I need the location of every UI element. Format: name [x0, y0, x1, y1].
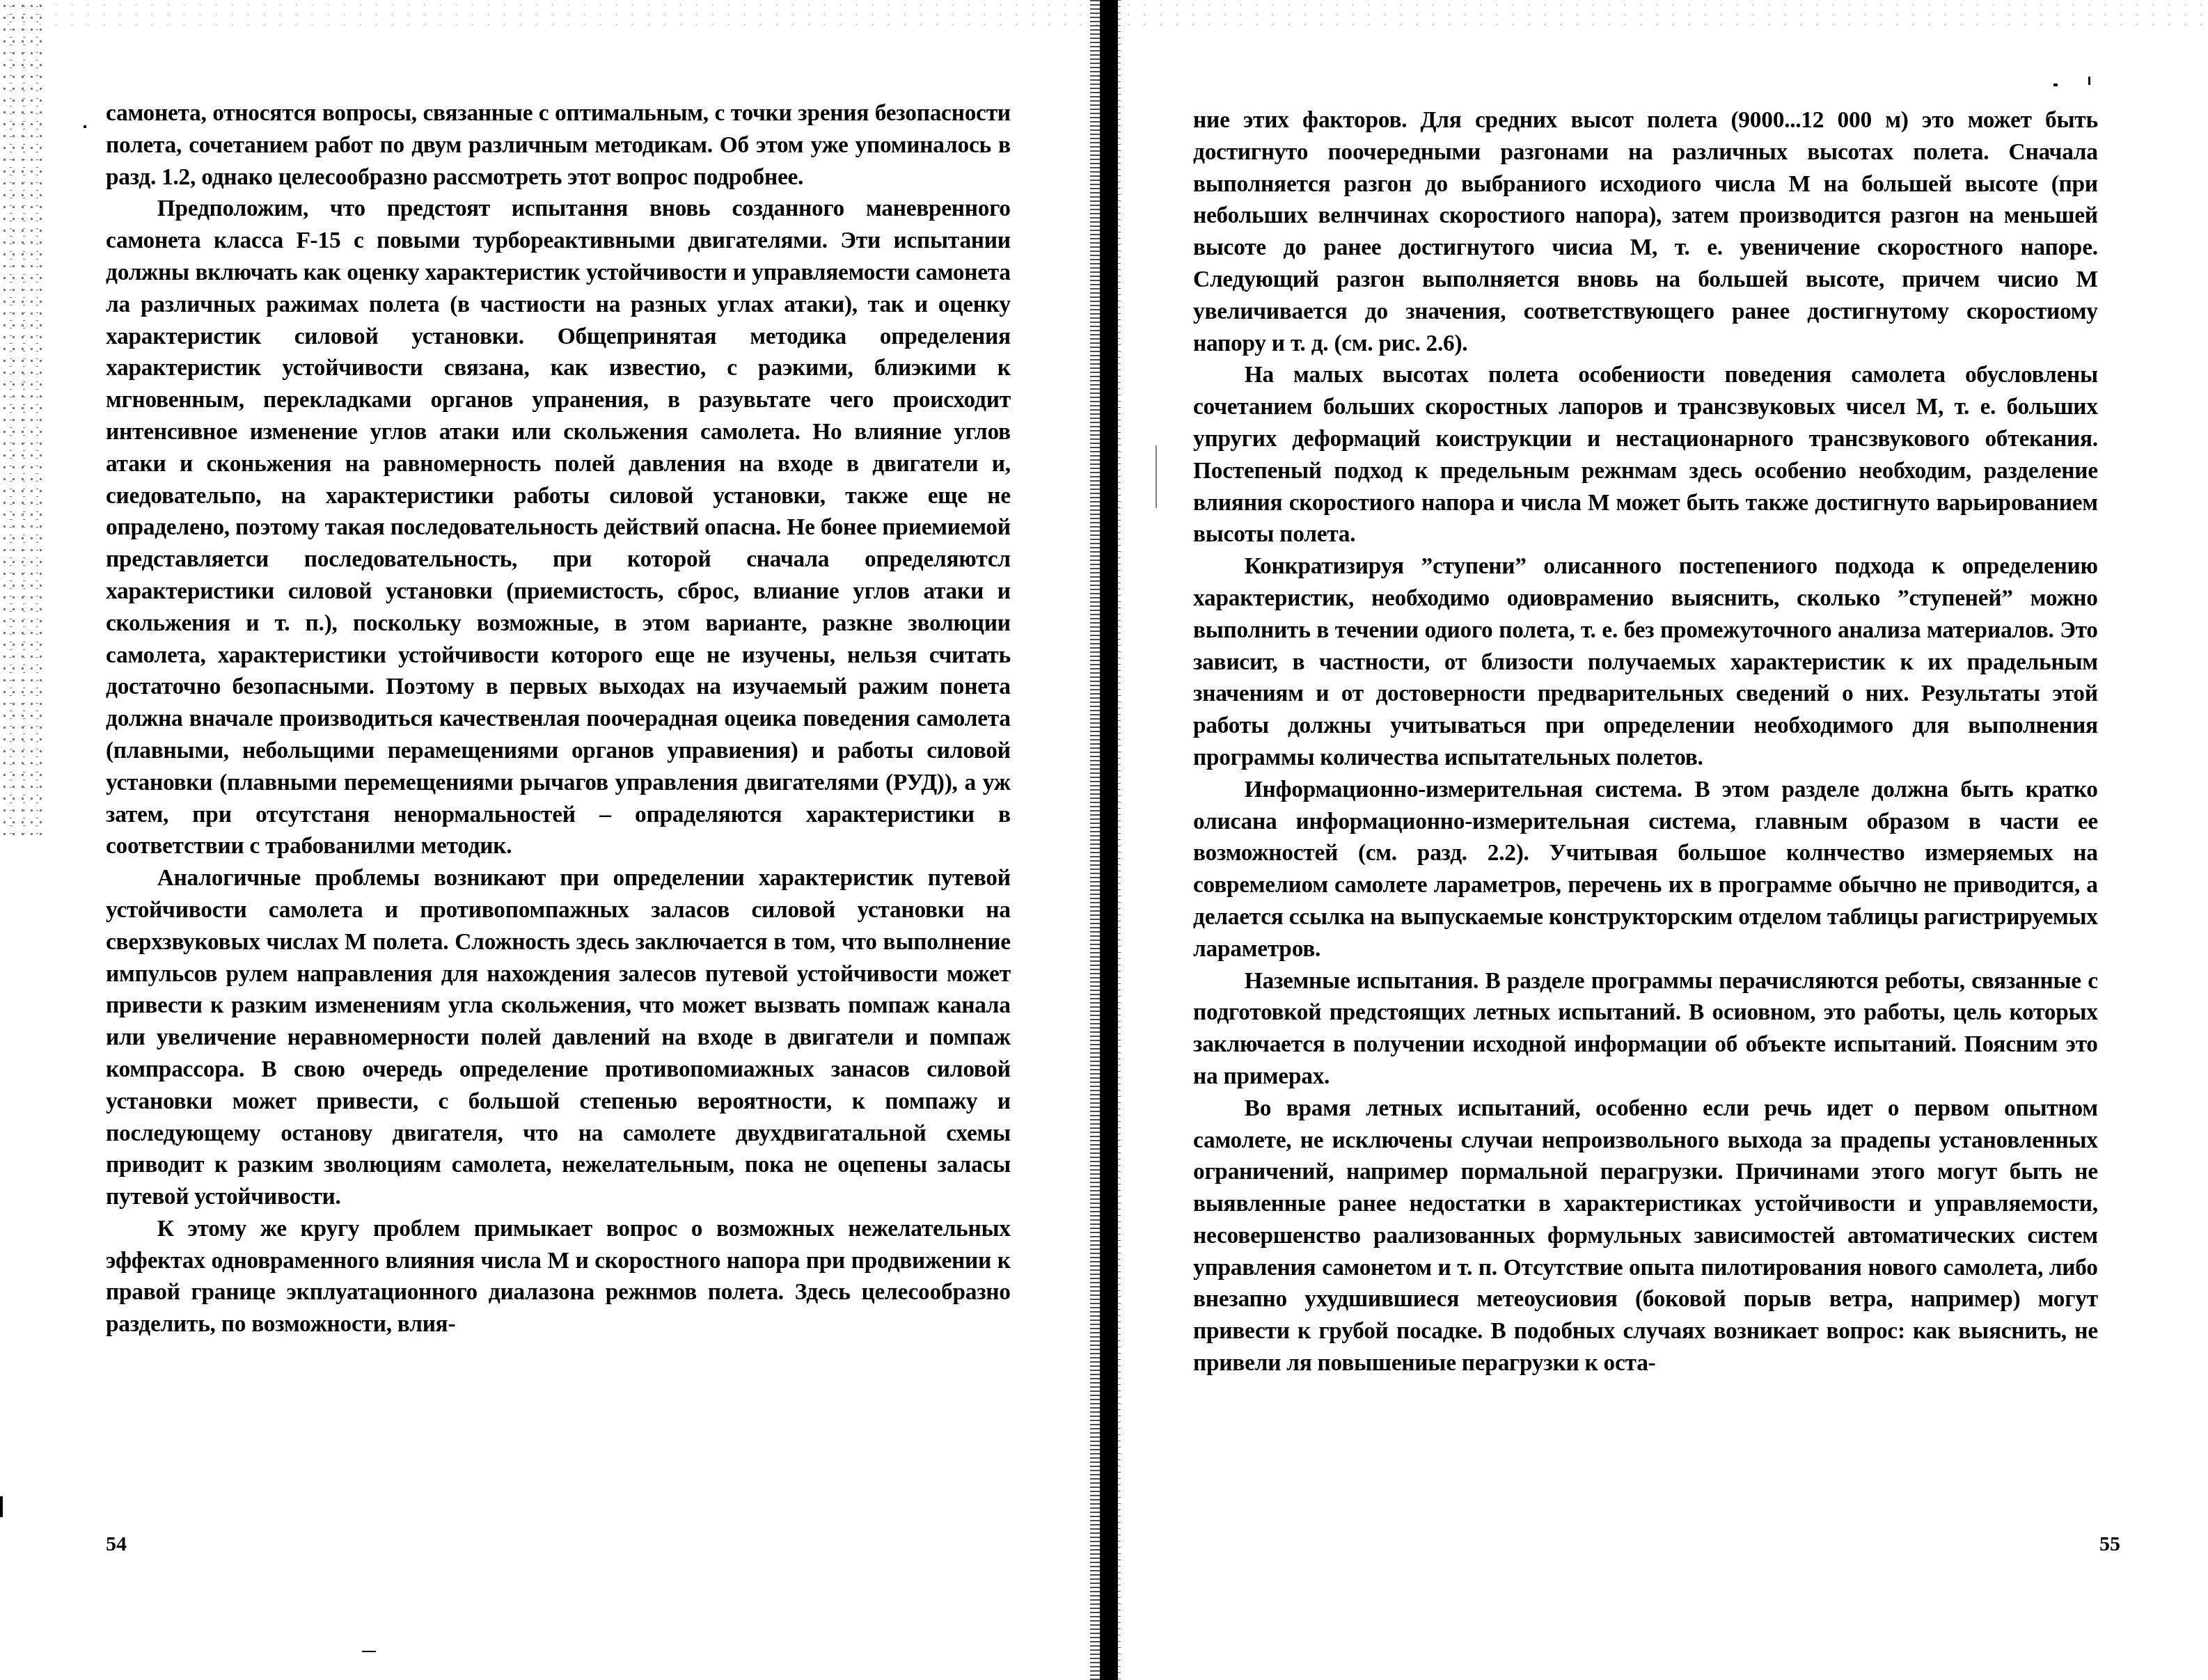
left-page: самонета, относятся вопросы, связанные с… — [106, 97, 1039, 1340]
left-paragraph-4: К этому же кругу проблем примыкает вопро… — [106, 1213, 1011, 1340]
book-gutter-shadow — [1100, 0, 1118, 1680]
right-paragraph-4-body: В этом разделе должна быть кратко олисан… — [1193, 776, 2098, 962]
scan-mark — [0, 1496, 3, 1517]
right-paragraph-2: На малых высотах полета особениости пове… — [1193, 359, 2098, 550]
right-paragraph-5: Наземные испытания. В разделе программы … — [1193, 965, 2098, 1093]
right-page: ние этих факторов. Для средних высот пол… — [1193, 104, 2126, 1379]
section-heading-ground-tests: Наземные испытания. — [1245, 967, 1478, 994]
book-spread: самонета, относятся вопросы, связанные с… — [0, 0, 2208, 1680]
right-paragraph-1: ние этих факторов. Для средних высот пол… — [1193, 104, 2098, 359]
page-number-left: 54 — [106, 1532, 127, 1556]
section-heading-information-system: Информационно-измерительная система. — [1245, 776, 1682, 802]
scan-noise-left-edge — [0, 0, 42, 835]
scan-mark — [1156, 445, 1157, 508]
right-paragraph-4: Информационно-измерительная система. В э… — [1193, 774, 2098, 965]
scan-mark — [2088, 77, 2090, 85]
left-paragraph-2: Предположим, что предстоят испытання вно… — [106, 193, 1011, 862]
scan-mark — [362, 1651, 376, 1652]
page-number-right: 55 — [2099, 1532, 2120, 1556]
right-paragraph-6: Во врамя летных испытаний, особенно если… — [1193, 1093, 2098, 1379]
scan-mark — [84, 125, 86, 128]
left-paragraph-1: самонета, относятся вопросы, связанные с… — [106, 97, 1011, 193]
scan-mark — [2053, 84, 2058, 86]
left-paragraph-3: Аналогичные проблемы возникают при опред… — [106, 862, 1011, 1213]
right-paragraph-3: Конкратизируя ”ступени” олисанного посте… — [1193, 550, 2098, 774]
